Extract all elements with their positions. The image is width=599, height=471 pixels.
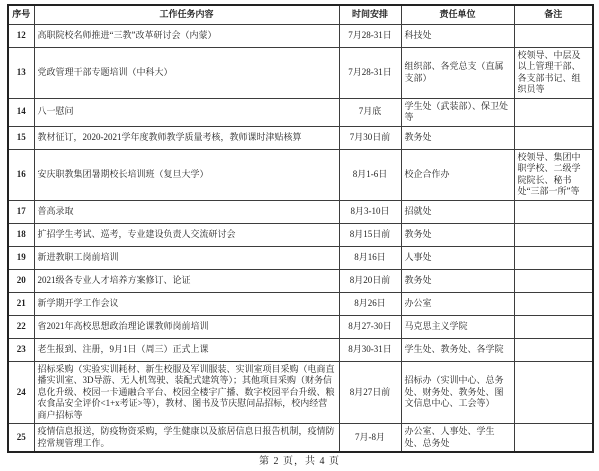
cell-unit: 招标办（实训中心、总务处、财务处、教务处、图文信息中心、工会等） <box>401 361 514 424</box>
cell-no: 22 <box>8 315 34 338</box>
cell-note <box>514 292 593 315</box>
cell-note <box>514 200 593 223</box>
table-row: 19新进教职工岗前培训8月16日人事处 <box>8 246 593 269</box>
cell-task: 普高录取 <box>34 200 339 223</box>
cell-time: 8月16日 <box>339 246 401 269</box>
cell-note: 校领导、中层及以上管理干部、各支部书记、组织员等 <box>514 47 593 98</box>
cell-task: 安庆职教集团暑期校长培训班（复旦大学） <box>34 149 339 200</box>
cell-task: 扩招学生考试、巡考，专业建设负责人交流研讨会 <box>34 223 339 246</box>
cell-no: 18 <box>8 223 34 246</box>
cell-no: 23 <box>8 338 34 361</box>
cell-time: 8月15日前 <box>339 223 401 246</box>
cell-unit: 教务处 <box>401 223 514 246</box>
cell-task: 2021级各专业人才培养方案修订、论证 <box>34 269 339 292</box>
cell-unit: 学生处、教务处、各学院 <box>401 338 514 361</box>
cell-no: 15 <box>8 126 34 149</box>
cell-unit: 教务处 <box>401 269 514 292</box>
cell-no: 19 <box>8 246 34 269</box>
cell-time: 7月底 <box>339 98 401 126</box>
table-row: 12高职院校名师推进“三教”改革研讨会（内蒙）7月28-31日科技处 <box>8 24 593 47</box>
cell-unit: 校企合作办 <box>401 149 514 200</box>
header-row: 序号 工作任务内容 时间安排 责任单位 备注 <box>8 5 593 24</box>
cell-note <box>514 246 593 269</box>
cell-task: 高职院校名师推进“三教”改革研讨会（内蒙） <box>34 24 339 47</box>
cell-time: 8月27日前 <box>339 361 401 424</box>
cell-time: 7月30日前 <box>339 126 401 149</box>
cell-no: 24 <box>8 361 34 424</box>
header-note: 备注 <box>514 5 593 24</box>
table-row: 25疫情信息报送，防疫物资采购，学生健康以及旅居信息日报告机制，疫情防控常规管理… <box>8 424 593 453</box>
page-number-footer: 第 2 页，共 4 页 <box>0 452 599 467</box>
table-row: 24招标采购（实验实训耗材、新生校服及军训服装、实训室项目采购（电商直播实训室、… <box>8 361 593 424</box>
table-header: 序号 工作任务内容 时间安排 责任单位 备注 <box>8 5 593 24</box>
cell-note <box>514 98 593 126</box>
table-row: 13党政管理干部专题培训（中科大）7月28-31日组织部、各党总支（直属支部）校… <box>8 47 593 98</box>
header-no: 序号 <box>8 5 34 24</box>
table-row: 16安庆职教集团暑期校长培训班（复旦大学）8月1-6日校企合作办校领导、集团中职… <box>8 149 593 200</box>
table-row: 202021级各专业人才培养方案修订、论证8月20日前教务处 <box>8 269 593 292</box>
cell-time: 8月27-30日 <box>339 315 401 338</box>
cell-unit: 学生处（武装部）、保卫处等 <box>401 98 514 126</box>
cell-time: 8月1-6日 <box>339 149 401 200</box>
work-schedule-table: 序号 工作任务内容 时间安排 责任单位 备注 12高职院校名师推进“三教”改革研… <box>7 4 594 453</box>
cell-note <box>514 338 593 361</box>
cell-time: 8月30-31日 <box>339 338 401 361</box>
cell-time: 7月28-31日 <box>339 24 401 47</box>
table-row: 15教材征订，2020-2021学年度教师教学质量考核，教师课时津贴核算7月30… <box>8 126 593 149</box>
cell-note: 校领导、集团中职学校、二级学院院长、秘书处“三部一所”等 <box>514 149 593 200</box>
header-unit: 责任单位 <box>401 5 514 24</box>
cell-no: 16 <box>8 149 34 200</box>
cell-no: 25 <box>8 424 34 453</box>
table-row: 22省2021年高校思想政治理论课教师岗前培训8月27-30日马克思主义学院 <box>8 315 593 338</box>
header-time: 时间安排 <box>339 5 401 24</box>
cell-unit: 人事处 <box>401 246 514 269</box>
cell-note <box>514 24 593 47</box>
table-row: 14八一慰问7月底学生处（武装部）、保卫处等 <box>8 98 593 126</box>
cell-task: 老生报到、注册，9月1日（周三）正式上课 <box>34 338 339 361</box>
cell-task: 新进教职工岗前培训 <box>34 246 339 269</box>
cell-unit: 组织部、各党总支（直属支部） <box>401 47 514 98</box>
cell-time: 7月28-31日 <box>339 47 401 98</box>
cell-unit: 招就处 <box>401 200 514 223</box>
table-row: 21新学期开学工作会议8月26日办公室 <box>8 292 593 315</box>
cell-note <box>514 126 593 149</box>
cell-unit: 教务处 <box>401 126 514 149</box>
table-row: 18扩招学生考试、巡考，专业建设负责人交流研讨会8月15日前教务处 <box>8 223 593 246</box>
table-body: 12高职院校名师推进“三教”改革研讨会（内蒙）7月28-31日科技处13党政管理… <box>8 24 593 452</box>
cell-unit: 办公室、人事处、学生处、总务处 <box>401 424 514 453</box>
cell-unit: 办公室 <box>401 292 514 315</box>
cell-unit: 科技处 <box>401 24 514 47</box>
cell-task: 新学期开学工作会议 <box>34 292 339 315</box>
cell-time: 8月3-10日 <box>339 200 401 223</box>
cell-task: 省2021年高校思想政治理论课教师岗前培训 <box>34 315 339 338</box>
cell-task: 疫情信息报送，防疫物资采购，学生健康以及旅居信息日报告机制，疫情防控常规管理工作… <box>34 424 339 453</box>
table-row: 17普高录取8月3-10日招就处 <box>8 200 593 223</box>
cell-note <box>514 361 593 424</box>
cell-task: 教材征订，2020-2021学年度教师教学质量考核，教师课时津贴核算 <box>34 126 339 149</box>
cell-task: 党政管理干部专题培训（中科大） <box>34 47 339 98</box>
document-page: 序号 工作任务内容 时间安排 责任单位 备注 12高职院校名师推进“三教”改革研… <box>0 0 599 471</box>
cell-no: 21 <box>8 292 34 315</box>
cell-time: 7月-8月 <box>339 424 401 453</box>
cell-time: 8月26日 <box>339 292 401 315</box>
cell-note <box>514 269 593 292</box>
cell-no: 20 <box>8 269 34 292</box>
cell-time: 8月20日前 <box>339 269 401 292</box>
cell-note <box>514 223 593 246</box>
table-row: 23老生报到、注册，9月1日（周三）正式上课8月30-31日学生处、教务处、各学… <box>8 338 593 361</box>
cell-note <box>514 424 593 453</box>
cell-task: 招标采购（实验实训耗材、新生校服及军训服装、实训室项目采购（电商直播实训室、3D… <box>34 361 339 424</box>
header-task: 工作任务内容 <box>34 5 339 24</box>
cell-no: 14 <box>8 98 34 126</box>
cell-task: 八一慰问 <box>34 98 339 126</box>
cell-no: 12 <box>8 24 34 47</box>
cell-note <box>514 315 593 338</box>
cell-unit: 马克思主义学院 <box>401 315 514 338</box>
cell-no: 13 <box>8 47 34 98</box>
cell-no: 17 <box>8 200 34 223</box>
